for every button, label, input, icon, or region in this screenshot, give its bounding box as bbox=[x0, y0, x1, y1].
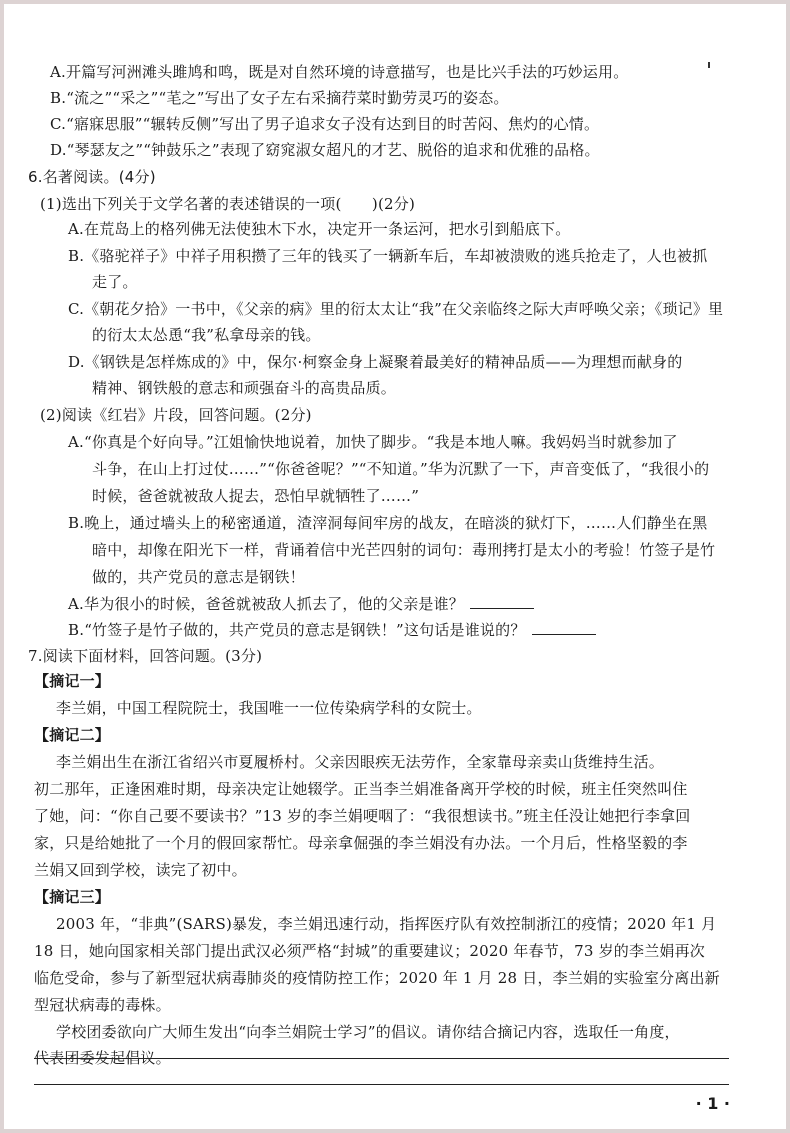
q7-title: 7.阅读下面材料，回答问题。(3分) bbox=[28, 646, 262, 666]
excerpt3-line-1: 2003 年，“非典”(SARS)暴发，李兰娟迅速行动，指挥医疗队有效控制浙江的… bbox=[56, 914, 716, 934]
answer-line-1[interactable] bbox=[34, 1058, 729, 1059]
q6-title: 6.名著阅读。(4分) bbox=[28, 167, 156, 187]
hongyan-passage-a-1: A.“你真是个好向导。”江姐愉快地说着，加快了脚步。“我是本地人嘛。我妈妈当时就… bbox=[68, 432, 678, 452]
q5-option-d: D.“琴瑟友之”“钟鼓乐之”表现了窈窕淑女超凡的才艺、脱俗的追求和优雅的品格。 bbox=[50, 140, 600, 160]
excerpt3-line-2: 18 日，她向国家相关部门提出武汉必须严格“封城”的重要建议；2020 年春节，… bbox=[34, 941, 705, 961]
q6-part1-option-c-cont: 的衍太太怂恿“我”私拿母亲的钱。 bbox=[92, 325, 321, 345]
excerpt3-line-3: 临危受命，参与了新型冠状病毒肺炎的疫情防控工作；2020 年 1 月 28 日，… bbox=[34, 968, 720, 988]
q5-option-c: C.“寤寐思服”“辗转反侧”写出了男子追求女子没有达到目的时苦闷、焦灼的心情。 bbox=[50, 114, 599, 134]
q6-part1-option-d-cont: 精神、钢铁般的意志和顽强奋斗的高贵品质。 bbox=[92, 378, 396, 398]
excerpt1-text: 李兰娟，中国工程院院士，我国唯一一位传染病学科的女院士。 bbox=[56, 698, 482, 718]
hongyan-passage-a-2: 斗争，在山上打过仗……”“你爸爸呢？”“不知道。”华为沉默了一下，声音变低了，“… bbox=[92, 459, 709, 479]
excerpt2-line-4: 家，只是给她批了一个月的假回家帮忙。母亲拿倔强的李兰娟没有办法。一个月后，性格坚… bbox=[34, 833, 688, 853]
excerpt3-line-4: 型冠状病毒的毒株。 bbox=[34, 995, 171, 1015]
answer-blank-b[interactable] bbox=[532, 620, 596, 635]
q6-part1-option-c: C.《朝花夕拾》一书中，《父亲的病》里的衍太太让“我”在父亲临终之际大声呼唤父亲… bbox=[68, 299, 723, 319]
page-number: · 1 · bbox=[696, 1094, 730, 1113]
q7-task-line-1: 学校团委欲向广大师生发出“向李兰娟院士学习”的倡议。请你结合摘记内容，选取任一角… bbox=[56, 1022, 680, 1042]
exam-page: A.开篇写河洲滩头雎鸠和鸣，既是对自然环境的诗意描写，也是比兴手法的巧妙运用。 … bbox=[4, 4, 786, 1129]
q6-part1-option-b-cont: 走了。 bbox=[92, 272, 138, 292]
excerpt2-heading: 【摘记二】 bbox=[34, 725, 110, 745]
excerpt2-line-5: 兰娟又回到学校，读完了初中。 bbox=[34, 860, 247, 880]
q6-part2-prompt: (2)阅读《红岩》片段，回答问题。(2分) bbox=[40, 405, 312, 425]
q6-part1-prompt: (1)选出下列关于文学名著的表述错误的一项( )(2分) bbox=[40, 194, 415, 214]
hongyan-passage-b-2: 暗中，却像在阳光下一样，背诵着信中光芒四射的词句：毒刑拷打是太小的考验！竹签子是… bbox=[92, 540, 715, 560]
answer-blank-a[interactable] bbox=[470, 594, 534, 609]
q6-part2-question-b: B.“竹签子是竹子做的，共产党员的意志是钢铁！”这句话是谁说的？ bbox=[68, 620, 596, 640]
answer-line-2[interactable] bbox=[34, 1084, 729, 1085]
hongyan-passage-b-1: B.晚上，通过墙头上的秘密通道，渣滓洞每间牢房的战友，在暗淡的狱灯下，……人们静… bbox=[68, 513, 707, 533]
q6-part1-option-b: B.《骆驼祥子》中祥子用积攒了三年的钱买了一辆新车后，车却被溃败的逃兵抢走了，人… bbox=[68, 246, 707, 266]
question-a-text: A.华为很小的时候，爸爸就被敌人抓去了，他的父亲是谁？ bbox=[68, 595, 464, 613]
q6-part1-option-d: D.《钢铁是怎样炼成的》中，保尔·柯察金身上凝聚着最美好的精神品质——为理想而献… bbox=[68, 352, 682, 372]
excerpt1-heading: 【摘记一】 bbox=[34, 671, 110, 691]
question-b-text: B.“竹签子是竹子做的，共产党员的意志是钢铁！”这句话是谁说的？ bbox=[68, 621, 526, 639]
print-speck bbox=[708, 62, 710, 68]
q5-option-b: B.“流之”“采之”“芼之”写出了女子左右采摘荇菜时勤劳灵巧的姿态。 bbox=[50, 88, 509, 108]
q6-part1-option-a: A.在荒岛上的格列佛无法使独木下水，决定开一条运河，把水引到船底下。 bbox=[68, 219, 570, 239]
excerpt2-line-2: 初二那年，正逢困难时期，母亲决定让她辍学。正当李兰娟准备离开学校的时候，班主任突… bbox=[34, 779, 688, 799]
hongyan-passage-b-3: 做的，共产党员的意志是钢铁！ bbox=[92, 567, 305, 587]
excerpt2-line-3: 了她，问：“你自己要不要读书？”13 岁的李兰娟哽咽了：“我很想读书。”班主任没… bbox=[34, 806, 690, 826]
excerpt3-heading: 【摘记三】 bbox=[34, 887, 110, 907]
hongyan-passage-a-3: 时候，爸爸就被敌人捉去，恐怕早就牺牲了……” bbox=[92, 486, 419, 506]
q6-part2-question-a: A.华为很小的时候，爸爸就被敌人抓去了，他的父亲是谁？ bbox=[68, 594, 534, 614]
q5-option-a: A.开篇写河洲滩头雎鸠和鸣，既是对自然环境的诗意描写，也是比兴手法的巧妙运用。 bbox=[50, 62, 628, 82]
excerpt2-line-1: 李兰娟出生在浙江省绍兴市夏履桥村。父亲因眼疾无法劳作，全家靠母亲卖山货维持生活。 bbox=[56, 752, 664, 772]
